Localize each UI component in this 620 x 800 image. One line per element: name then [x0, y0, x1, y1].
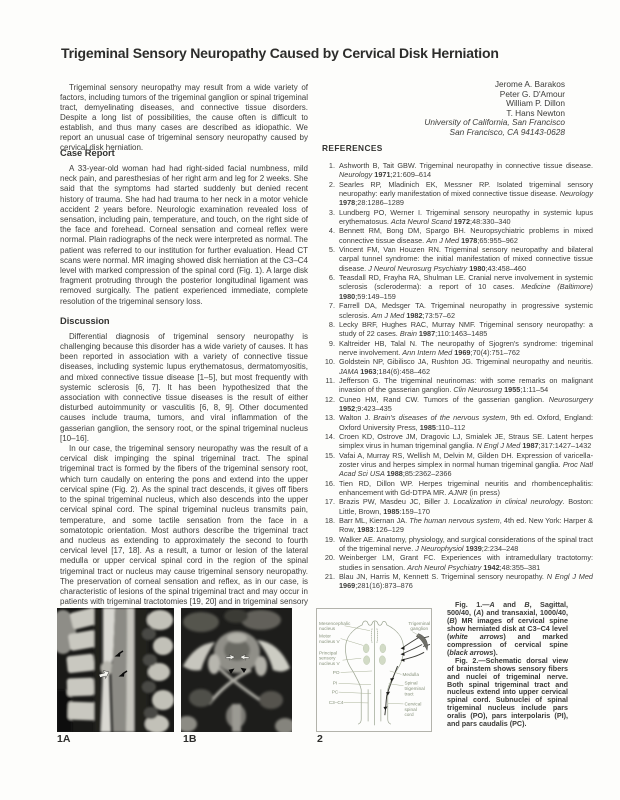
- diagram-label: spinal: [404, 707, 416, 712]
- reference-text: Weinberger LM, Grant FC. Experiences wit…: [339, 553, 593, 572]
- reference-number: 3.: [322, 208, 339, 227]
- reference-item: 20.Weinberger LM, Grant FC. Experiences …: [322, 553, 593, 572]
- diagram-label: Spinal: [404, 681, 417, 686]
- reference-text: Walton J. Brain's diseases of the nervou…: [339, 413, 593, 432]
- left-column: Case Report A 33-year-old woman had had …: [60, 148, 308, 618]
- figure-1b-label: 1B: [183, 733, 196, 745]
- reference-item: 4.Bennett RM, Bong DM, Spargo BH. Neurop…: [322, 226, 593, 245]
- figure-1b-image: [181, 608, 292, 732]
- reference-text: Barr ML, Kiernan JA. The human nervous s…: [339, 516, 593, 535]
- reference-item: 17.Brazis PW, Masdeu JC, Biller J. Local…: [322, 497, 593, 516]
- reference-text: Tien RD, Dillon WP. Herpes trigeminal ne…: [339, 479, 593, 498]
- reference-number: 7.: [322, 301, 339, 320]
- brainstem-schematic: Mesencephalic nucleus Motor nucleus V Pr…: [317, 609, 431, 731]
- reference-item: 7.Farrell DA, Medsger TA. Trigeminal neu…: [322, 301, 593, 320]
- reference-item: 13.Walton J. Brain's diseases of the ner…: [322, 413, 593, 432]
- figure-1a-label: 1A: [57, 733, 70, 745]
- reference-number: 2.: [322, 180, 339, 208]
- reference-text: Kaltreider HB, Talal N. The neuropathy o…: [339, 339, 593, 358]
- reference-number: 16.: [322, 479, 339, 498]
- reference-item: 9.Kaltreider HB, Talal N. The neuropathy…: [322, 339, 593, 358]
- axial-mr-image: [181, 608, 292, 732]
- diagram-label: C3–C4: [329, 700, 344, 705]
- reference-item: 16.Tien RD, Dillon WP. Herpes trigeminal…: [322, 479, 593, 498]
- reference-item: 14.Croen KD, Ostrove JM, Dragovic LJ, Sm…: [322, 432, 593, 451]
- reference-number: 10.: [322, 357, 339, 376]
- diagram-label: Cervical: [404, 701, 421, 706]
- reference-text: Vafai A, Murray RS, Wellish M, Delvin M,…: [339, 451, 593, 479]
- journal-page: Trigeminal Sensory Neuropathy Caused by …: [0, 0, 620, 800]
- reference-item: 12.Cuneo HM, Rand CW. Tumors of the gass…: [322, 395, 593, 414]
- trigeminal-ganglion-shape: [416, 634, 427, 651]
- reference-item: 11.Jefferson G. The trigeminal neurinoma…: [322, 376, 593, 395]
- diagram-label: nucleus V: [319, 661, 341, 666]
- diagram-label: PC: [332, 690, 339, 695]
- reference-number: 5.: [322, 245, 339, 273]
- page-title: Trigeminal Sensory Neuropathy Caused by …: [61, 45, 541, 61]
- reference-number: 15.: [322, 451, 339, 479]
- references-heading: REFERENCES: [322, 143, 593, 153]
- diagram-label: Trigeminal: [408, 621, 430, 626]
- reference-number: 1.: [322, 161, 339, 180]
- reference-text: Lundberg PO, Werner I. Trigeminal sensor…: [339, 208, 593, 227]
- diagram-label: sensory: [319, 656, 336, 661]
- diagram-label: tract: [404, 692, 414, 697]
- diagram-label: trigeminal: [404, 686, 424, 691]
- reference-text: Lecky BRF, Hughes RAC, Murray NMF. Trige…: [339, 320, 593, 339]
- reference-text: Ashworth B, Tait GBW. Trigeminal neuropa…: [339, 161, 593, 180]
- reference-item: 10.Goldstein NP, Gibilisco JA, Rushton J…: [322, 357, 593, 376]
- author-affiliation: San Francisco, CA 94143-0628: [320, 128, 565, 138]
- reference-number: 20.: [322, 553, 339, 572]
- reference-text: Farrell DA, Medsger TA. Trigeminal neuro…: [339, 301, 593, 320]
- reference-text: Bennett RM, Bong DM, Spargo BH. Neuropsy…: [339, 226, 593, 245]
- reference-text: Croen KD, Ostrove JM, Dragovic LJ, Smial…: [339, 432, 593, 451]
- reference-text: Walker AE. Anatomy, physiology, and surg…: [339, 535, 593, 554]
- diagram-label: cord: [404, 712, 414, 717]
- diagram-label: Motor: [319, 634, 331, 639]
- reference-number: 18.: [322, 516, 339, 535]
- reference-number: 21.: [322, 572, 339, 591]
- reference-item: 8.Lecky BRF, Hughes RAC, Murray NMF. Tri…: [322, 320, 593, 339]
- reference-text: Brazis PW, Masdeu JC, Biller J. Localiza…: [339, 497, 593, 516]
- reference-number: 13.: [322, 413, 339, 432]
- reference-text: Goldstein NP, Gibilisco JA, Rushton JG. …: [339, 357, 593, 376]
- diagram-label: Mesencephalic: [319, 621, 351, 626]
- reference-text: Jefferson G. The trigeminal neurinomas: …: [339, 376, 593, 395]
- reference-text: Cuneo HM, Rand CW. Tumors of the gasseri…: [339, 395, 593, 414]
- reference-item: 3.Lundberg PO, Werner I. Trigeminal sens…: [322, 208, 593, 227]
- diagram-label: PI: [333, 681, 337, 686]
- reference-text: Teasdall RD, Frayha RA, Shulman LE. Cran…: [339, 273, 593, 301]
- diagram-label: nucleus V: [319, 639, 341, 644]
- diagram-label: ganglion: [410, 626, 428, 631]
- reference-item: 21.Blau JN, Harris M, Kennett S. Trigemi…: [322, 572, 593, 591]
- reference-number: 6.: [322, 273, 339, 301]
- abstract-paragraph: Trigeminal sensory neuropathy may result…: [60, 83, 308, 153]
- figure-captions: Fig. 1.—A and B, Sagittal, 500/40, (A) a…: [447, 601, 568, 728]
- reference-number: 12.: [322, 395, 339, 414]
- diagram-label: PO: [333, 670, 340, 675]
- reference-list: 1.Ashworth B, Tait GBW. Trigeminal neuro…: [322, 161, 593, 591]
- figure-1a-image: [57, 608, 174, 732]
- reference-number: 8.: [322, 320, 339, 339]
- discussion-paragraph-2: In our case, the trigeminal sensory neur…: [60, 444, 308, 617]
- figure-2-diagram: Mesencephalic nucleus Motor nucleus V Pr…: [316, 608, 432, 732]
- figure-2-label: 2: [317, 733, 323, 745]
- case-report-paragraph: A 33-year-old woman had had right-sided …: [60, 164, 308, 307]
- author-block: Jerome A. BarakosPeter G. D'AmourWilliam…: [320, 80, 565, 137]
- figure-1-caption: Fig. 1.—A and B, Sagittal, 500/40, (A) a…: [447, 601, 568, 657]
- reference-text: Blau JN, Harris M, Kennett S. Trigeminal…: [339, 572, 593, 591]
- diagram-label: Principal: [319, 650, 337, 655]
- reference-item: 18.Barr ML, Kiernan JA. The human nervou…: [322, 516, 593, 535]
- figure-2-caption: Fig. 2.—Schematic dorsal view of brainst…: [447, 657, 568, 729]
- reference-number: 19.: [322, 535, 339, 554]
- reference-item: 19.Walker AE. Anatomy, physiology, and s…: [322, 535, 593, 554]
- reference-item: 2.Searles RP, Mladinich EK, Messner RP. …: [322, 180, 593, 208]
- reference-item: 5.Vincent FM, Van Houzen RN. Trigeminal …: [322, 245, 593, 273]
- diagram-label: nucleus: [319, 626, 336, 631]
- sagittal-mr-image: [57, 608, 174, 732]
- reference-number: 14.: [322, 432, 339, 451]
- references-section: REFERENCES 1.Ashworth B, Tait GBW. Trige…: [322, 143, 593, 591]
- reference-number: 9.: [322, 339, 339, 358]
- diagram-label: Medulla: [403, 672, 420, 677]
- reference-number: 4.: [322, 226, 339, 245]
- discussion-heading: Discussion: [60, 316, 308, 326]
- reference-item: 6.Teasdall RD, Frayha RA, Shulman LE. Cr…: [322, 273, 593, 301]
- reference-number: 11.: [322, 376, 339, 395]
- reference-item: 1.Ashworth B, Tait GBW. Trigeminal neuro…: [322, 161, 593, 180]
- case-report-heading: Case Report: [60, 148, 308, 158]
- reference-number: 17.: [322, 497, 339, 516]
- reference-text: Searles RP, Mladinich EK, Messner RP. Is…: [339, 180, 593, 208]
- reference-text: Vincent FM, Van Houzen RN. Trigeminal se…: [339, 245, 593, 273]
- reference-item: 15.Vafai A, Murray RS, Wellish M, Delvin…: [322, 451, 593, 479]
- discussion-paragraph-1: Differential diagnosis of trigeminal sen…: [60, 332, 308, 444]
